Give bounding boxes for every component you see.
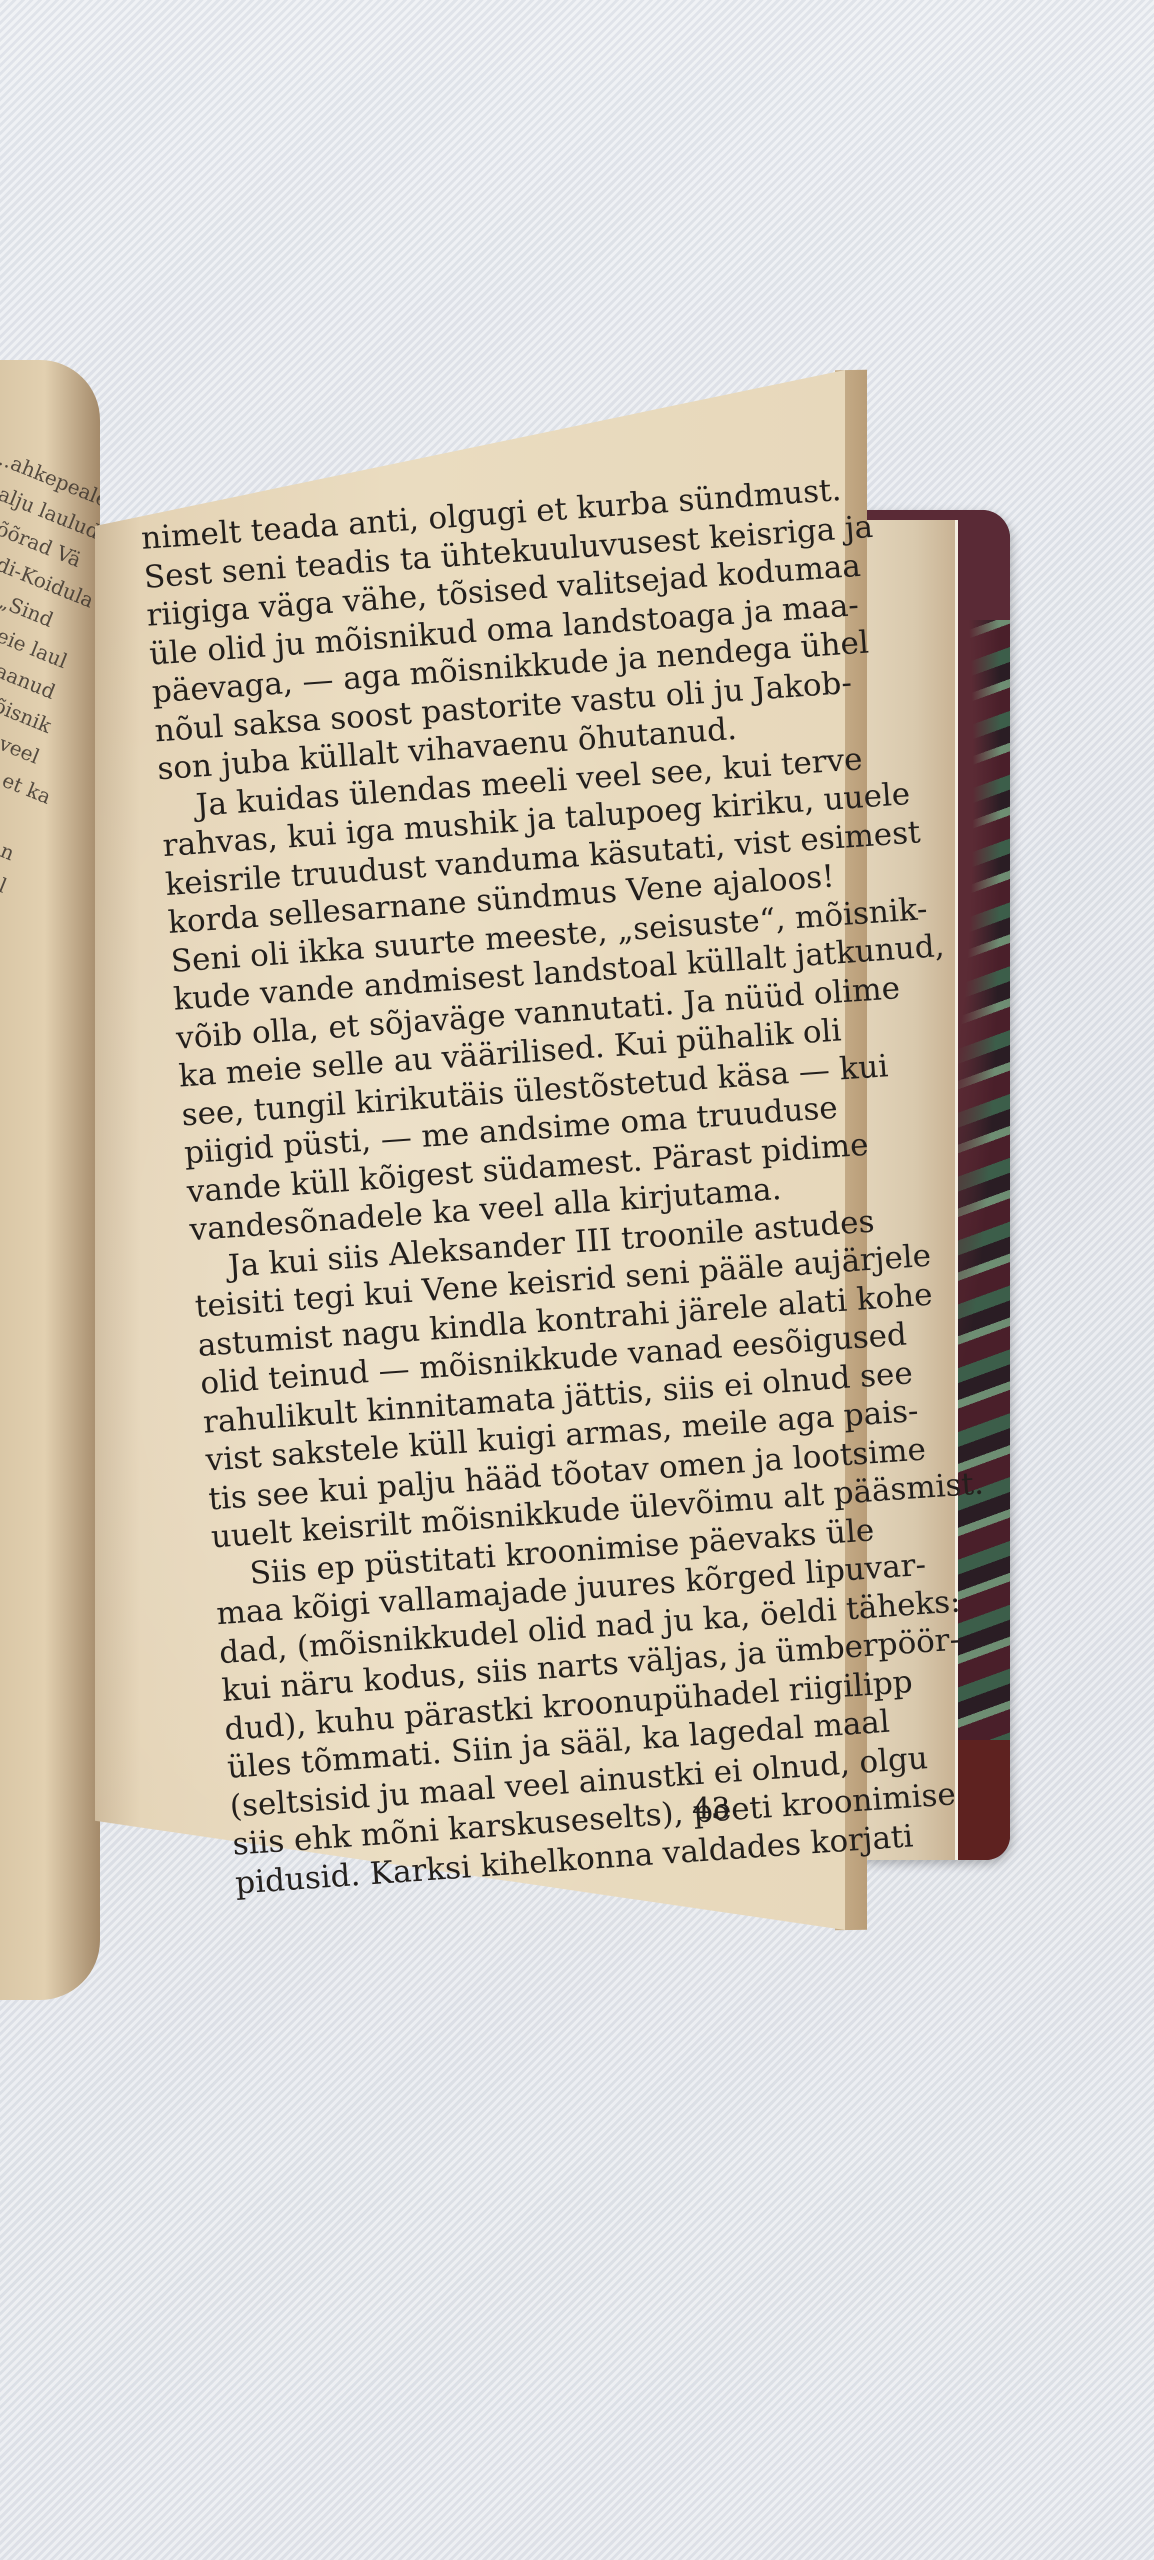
left-page-text: ...ahkepeale ...alju laulud ...võõrad Vä… <box>0 440 100 1510</box>
page-number: 43 <box>692 1792 730 1827</box>
left-page-fragment: ...ahkepeale ...alju laulud ...võõrad Vä… <box>0 360 100 2000</box>
book-photo-scene: ...ahkepeale ...alju laulud ...võõrad Vä… <box>0 0 1154 2560</box>
page-body-text: nimelt teada anti, olgugi et kurba sündm… <box>140 479 825 1903</box>
